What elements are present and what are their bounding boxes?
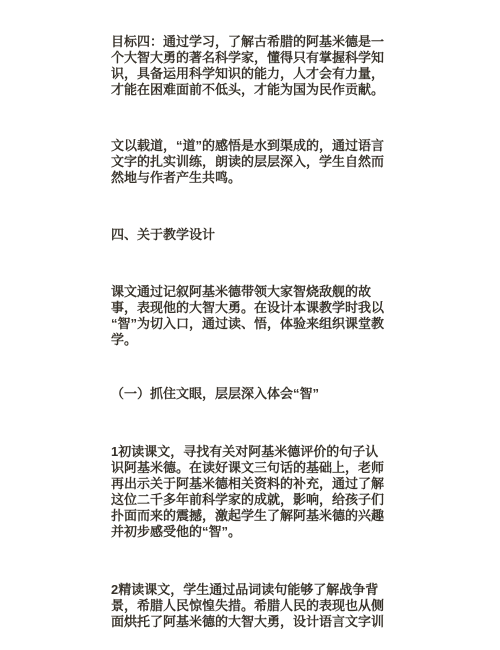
paragraph-course-overview: 课文通过记叙阿基米德带领大家智烧敌舰的故 事，表现他的大智大勇。在设计本课教学时…	[111, 284, 389, 348]
section-heading-teaching-design: 四、关于教学设计	[111, 227, 389, 243]
paragraph-intensive-reading: 2精读课文，学生通过品词读句能够了解战争背 景，希腊人民惊惶失措。希腊人民的表现…	[111, 582, 389, 630]
document-page: 目标四：通过学习，了解古希腊的阿基米德是一 个大智大勇的著名科学家，懂得只有掌握…	[0, 0, 500, 650]
document-text-column: 目标四：通过学习，了解古希腊的阿基米德是一 个大智大勇的著名科学家，懂得只有掌握…	[0, 0, 390, 630]
subsection-heading-grasp-text-eye: （一）抓住文眼，层层深入体会“智”	[111, 386, 389, 402]
paragraph-goal-four: 目标四：通过学习，了解古希腊的阿基米德是一 个大智大勇的著名科学家，懂得只有掌握…	[111, 34, 389, 98]
paragraph-first-reading: 1初读课文，寻找有关对阿基米德评价的句子认 识阿基米德。在读好课文三句话的基础上…	[111, 444, 389, 540]
paragraph-wen-yi-zai-dao: 文以载道，“道”的感悟是水到渠成的，通过语言 文字的扎实训练，朗读的层层深入，学…	[111, 138, 389, 186]
